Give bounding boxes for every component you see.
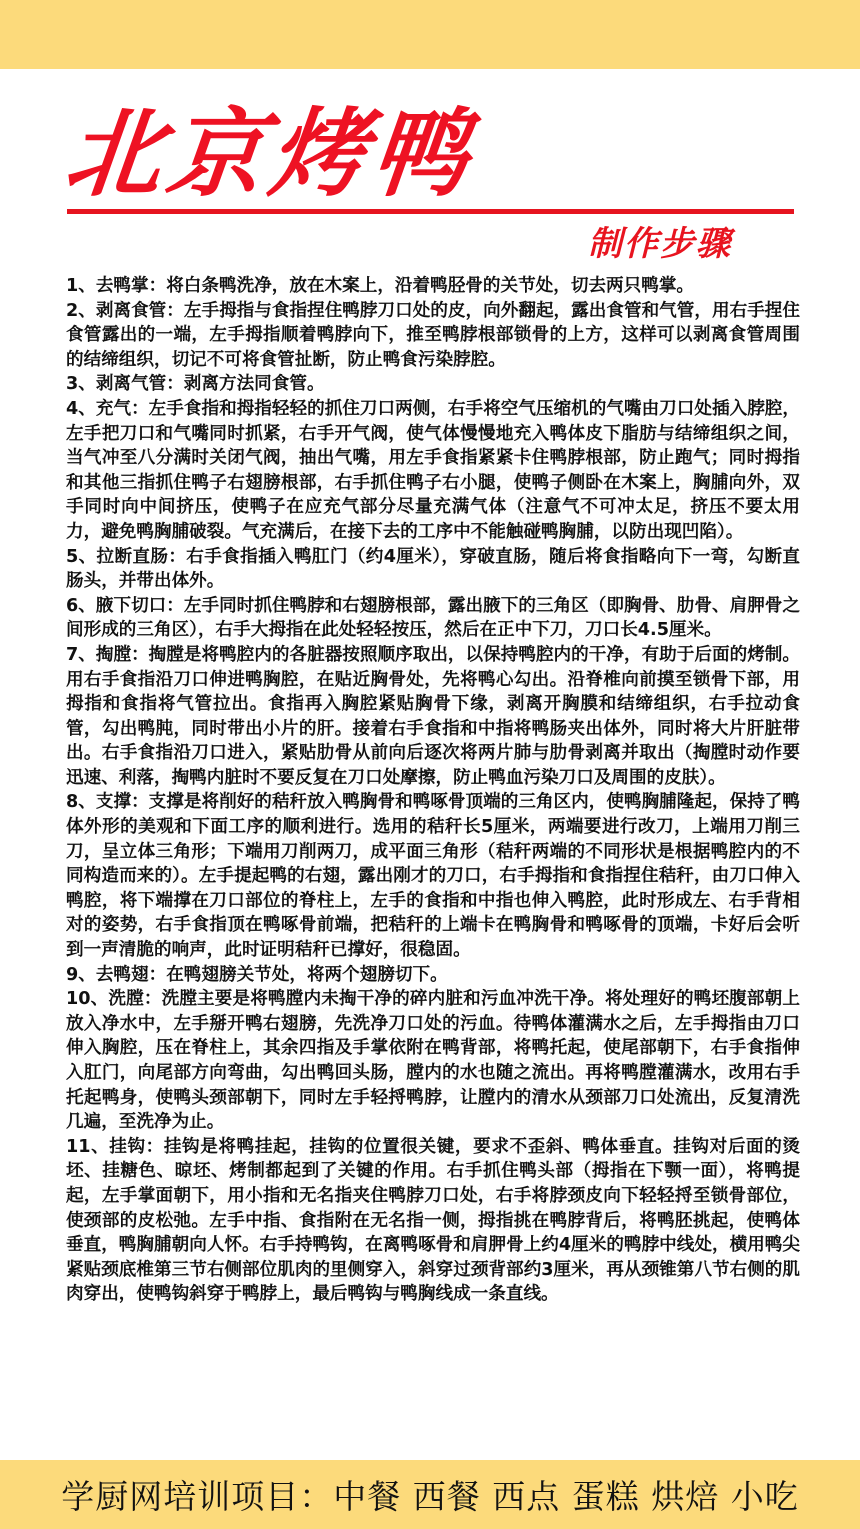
step-item: 10、洗膛：洗膛主要是将鸭膛内未掏干净的碎内脏和污血冲洗干净。将处理好的鸭坯腹部… bbox=[66, 987, 800, 1135]
step-item: 1、去鸭掌：将白条鸭洗净，放在木案上，沿着鸭胫骨的关节处，切去两只鸭掌。 bbox=[66, 274, 800, 299]
step-item: 11、挂钩：挂钩是将鸭挂起，挂钩的位置很关键，要求不歪斜、鸭体垂直。挂钩对后面的… bbox=[66, 1135, 800, 1307]
footer-banner: 学厨网培训项目：中餐 西餐 西点 蛋糕 烘焙 小吃 bbox=[0, 1460, 860, 1529]
title-divider bbox=[67, 209, 794, 214]
step-item: 3、剥离气管：剥离方法同食管。 bbox=[66, 372, 800, 397]
step-item: 4、充气：左手食指和拇指轻轻的抓住刀口两侧，右手将空气压缩机的气嘴由刀口处插入脖… bbox=[66, 397, 800, 545]
steps-list: 1、去鸭掌：将白条鸭洗净，放在木案上，沿着鸭胫骨的关节处，切去两只鸭掌。 2、剥… bbox=[66, 274, 800, 1307]
step-item: 8、支撑：支撑是将削好的秸秆放入鸭胸骨和鸭啄骨顶端的三角区内，使鸭胸脯隆起，保持… bbox=[66, 790, 800, 962]
page-subtitle: 制作步骤 bbox=[588, 222, 732, 266]
step-item: 5、拉断直肠：右手食指插入鸭肛门（约4厘米），穿破直肠，随后将食指略向下一弯，勾… bbox=[66, 545, 800, 594]
step-item: 7、掏膛：掏膛是将鸭腔内的各脏器按照顺序取出，以保持鸭腔内的干净，有助于后面的烤… bbox=[66, 643, 800, 791]
step-item: 9、去鸭翅：在鸭翅膀关节处，将两个翅膀切下。 bbox=[66, 963, 800, 988]
page-title: 北京烤鸭 bbox=[60, 100, 479, 208]
step-item: 2、剥离食管：左手拇指与食指捏住鸭脖刀口处的皮，向外翻起，露出食管和气管，用右手… bbox=[66, 299, 800, 373]
footer-text: 学厨网培训项目：中餐 西餐 西点 蛋糕 烘焙 小吃 bbox=[61, 1471, 798, 1518]
step-item: 6、腋下切口：左手同时抓住鸭脖和右翅膀根部，露出腋下的三角区（即胸骨、肋骨、肩胛… bbox=[66, 594, 800, 643]
top-banner bbox=[0, 0, 860, 69]
